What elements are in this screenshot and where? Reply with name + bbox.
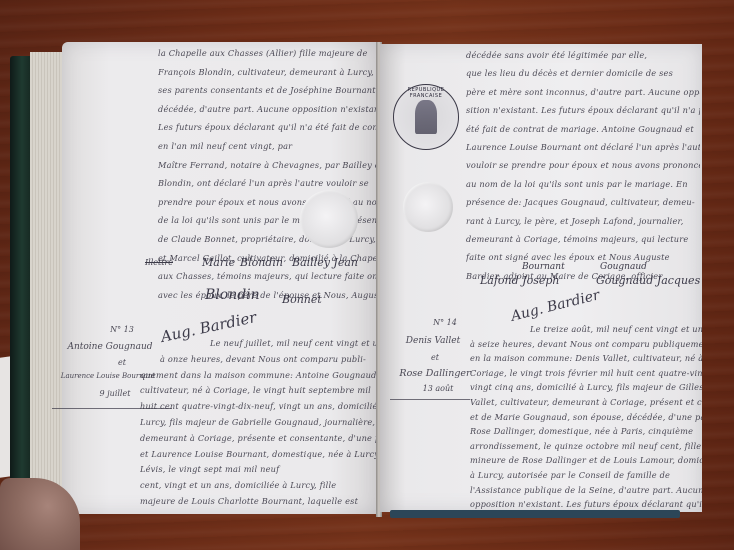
text-line: décédée sans avoir été légitimée par ell…	[466, 46, 700, 64]
text-line: l'Assistance publique de la Seine, d'aut…	[470, 483, 702, 498]
text-line: Coriage, le vingt trois février mil huit…	[470, 366, 702, 381]
struck-word: Illettré	[145, 258, 173, 267]
text-line: décédée, d'autre part. Aucune opposition…	[158, 100, 376, 119]
signature: Blondin	[205, 287, 260, 303]
left-page-entry-text: Le neuf juillet, mil neuf cent vingt et …	[140, 336, 376, 510]
signature: Gougnaud Jacques	[596, 274, 700, 287]
right-page-top-text: décédée sans avoir été légitimée par ell…	[466, 46, 700, 285]
text-line: présence de: Jacques Gougnaud, cultivate…	[466, 193, 700, 211]
text-line: demeurant à Coriage, présente et consent…	[140, 431, 376, 447]
conjunction: et	[395, 353, 475, 362]
text-line: été fait de contrat de mariage. Antoine …	[466, 120, 700, 138]
text-line: demeurant à Coriage, témoins majeurs, qu…	[466, 230, 700, 248]
text-line: en l'an mil neuf cent vingt, par	[158, 137, 376, 156]
text-line: Lévis, le vingt sept mai mil neuf	[140, 462, 376, 478]
text-line: faite ont signé avec les époux et Nous A…	[466, 248, 700, 266]
text-line: à Lurcy, autorisée par le Conseil de fam…	[470, 468, 702, 483]
text-line: quement dans la maison commune: Antoine …	[140, 368, 376, 384]
text-line: Maître Ferrand, notaire à Chevagnes, par…	[158, 156, 376, 175]
signature: Lafond Joseph	[480, 274, 560, 287]
text-line: Le treize août, mil neuf cent vingt et u…	[470, 322, 702, 337]
signature: Marie	[202, 256, 235, 269]
text-line: vouloir se prendre pour époux et nous av…	[466, 156, 700, 174]
marianne-figure-icon	[415, 100, 437, 134]
text-line: en la maison commune: Denis Vallet, cult…	[470, 351, 702, 366]
text-line: Vallet, cultivateur, demeurant à Coriage…	[470, 395, 702, 410]
text-line: au nom de la loi qu'ils sont unis par le…	[466, 175, 700, 193]
text-line: vingt cinq ans, domicilié à Lurcy, fils …	[470, 380, 702, 395]
text-line: que les lieu du décès et dernier domicil…	[466, 64, 700, 82]
signature: Bournant	[522, 262, 565, 272]
signature: Blondin	[240, 256, 283, 269]
entry-number: N° 13	[82, 325, 162, 334]
text-line: et Laurence Louise Bournant, domestique,…	[140, 447, 376, 463]
signature: Bailley Jean	[292, 256, 358, 269]
text-line: père et mère sont inconnus, d'autre part…	[466, 83, 700, 101]
groom-name: Denis Vallet	[388, 336, 478, 346]
text-line: rant à Lurcy, le père, et Joseph Lafond,…	[466, 212, 700, 230]
right-page-entry-text: Le treize août, mil neuf cent vingt et u…	[470, 322, 702, 512]
text-line: ses parents consentants et de Joséphine …	[158, 81, 376, 100]
embossed-stamp-right	[403, 182, 453, 232]
text-line: Les futurs époux déclarant qu'il n'a été…	[158, 118, 376, 137]
text-line: arrondissement, le quinze octobre mil ne…	[470, 439, 702, 454]
signature: Gougnaud	[600, 262, 647, 272]
text-line: à seize heures, devant Nous ont comparu …	[470, 337, 702, 352]
republique-francaise-seal-icon: REPUBLIQUE FRANCAISE	[393, 84, 459, 150]
text-line: avec les époux, le père de l'épouse et N…	[158, 286, 376, 305]
signature: Bonnet	[282, 293, 322, 306]
margin-underline	[390, 399, 470, 400]
text-line: cultivateur, né à Coriage, le vingt huit…	[140, 383, 376, 399]
text-line: Blondin, ont déclaré l'un après l'autre …	[158, 174, 376, 193]
embossed-stamp-left	[300, 190, 358, 248]
marriage-date: 13 août	[398, 384, 478, 393]
text-line: cent, vingt et un ans, domiciliée à Lurc…	[140, 478, 376, 494]
text-line: mineure de Rose Dallinger et de Louis La…	[470, 453, 702, 468]
text-line: aux Chasses, témoins majeurs, qui lectur…	[158, 267, 376, 286]
text-line: Laurence Louise Bournant ont déclaré l'u…	[466, 138, 700, 156]
text-line: François Blondin, cultivateur, demeurant…	[158, 63, 376, 82]
text-line: huit cent quatre-vingt-dix-neuf, vingt u…	[140, 399, 376, 415]
text-line: Lurcy, fils majeur de Gabrielle Gougnaud…	[140, 415, 376, 431]
text-line: sition n'existant. Les futurs époux décl…	[466, 101, 700, 119]
text-line: la Chapelle aux Chasses (Allier) fille m…	[158, 44, 376, 63]
text-line: Le neuf juillet, mil neuf cent vingt et …	[140, 336, 376, 352]
text-line: à onze heures, devant Nous ont comparu p…	[140, 352, 376, 368]
seal-text: REPUBLIQUE FRANCAISE	[394, 87, 458, 99]
text-line: Rose Dallinger, domestique, née à Paris,…	[470, 424, 702, 439]
text-line: majeure de Louis Charlotte Bournant, laq…	[140, 494, 376, 510]
text-line: et de Marie Gougnaud, son épouse, décédé…	[470, 410, 702, 425]
text-line: opposition n'existant. Les futurs époux …	[470, 497, 702, 512]
